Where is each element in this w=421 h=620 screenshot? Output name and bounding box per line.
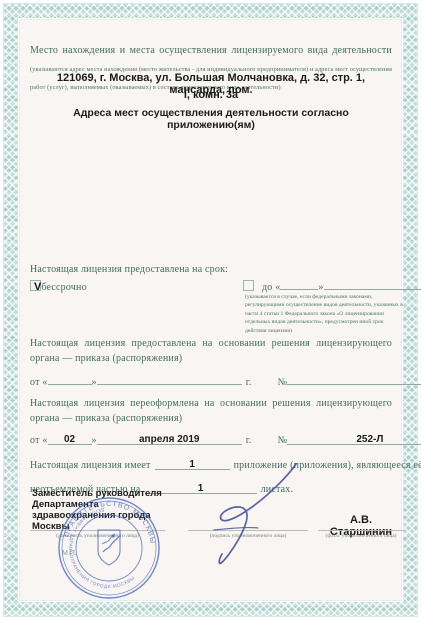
granted-label: Настоящая лицензия предоставлена на осно… [30, 336, 392, 366]
granted-number-blank [287, 373, 421, 385]
reissued-month-value: апреля 2019 [139, 434, 199, 445]
appendix-text-before: Настоящая лицензия имеет [30, 460, 151, 471]
reissued-month-blank: апреля 2019 [97, 433, 242, 445]
until-checkbox [243, 280, 254, 291]
granted-num-label: № [278, 377, 288, 388]
name-line [318, 530, 404, 531]
reissued-day-value: 02 [64, 434, 75, 445]
granted-day-blank [48, 373, 92, 385]
reissued-date-row: от «02»апреля 2019 г. №252-Л [30, 430, 421, 448]
term-note: (указывается в случае, если федеральными… [245, 293, 403, 335]
handwritten-signature [192, 458, 312, 570]
granted-month-blank [97, 373, 242, 385]
until-prefix: до « [262, 282, 280, 293]
official-round-stamp: ПРАВИТЕЛЬСТВО МОСКВЫ ДЕПАРТАМЕНТ ЗДРАВОО… [52, 492, 166, 604]
reissued-day-blank: 02 [48, 433, 92, 445]
reissued-number-blank: 252-Л [287, 433, 421, 445]
location-label: Место нахождения и места осуществления л… [30, 45, 392, 56]
address-line-2: I, комн. 3а [30, 89, 392, 101]
reissued-number-value: 252-Л [356, 434, 383, 445]
license-document-page: Место нахождения и места осуществления л… [0, 0, 421, 620]
appendix-addresses-note: Адреса мест осуществления деятельности с… [30, 107, 392, 131]
granted-year: г. [246, 377, 252, 388]
moscow-coat-of-arms [98, 530, 120, 565]
reissued-num-label: № [278, 435, 288, 446]
until-date-blank [324, 278, 421, 290]
granted-ot: от « [30, 377, 48, 388]
term-label: Настоящая лицензия предоставлена на срок… [30, 264, 228, 275]
indefinite-label: бессрочно [41, 282, 86, 293]
reissued-label: Настоящая лицензия переоформлена на осно… [30, 396, 392, 426]
reissued-year: г. [246, 435, 252, 446]
term-indefinite-option: Vбессрочно [30, 277, 87, 295]
until-day-blank [280, 278, 318, 290]
reissued-ot: от « [30, 435, 48, 446]
granted-date-row: от «» г. № [30, 372, 421, 390]
name-note: (ф.и.о. уполномоченного лица) [318, 533, 404, 539]
